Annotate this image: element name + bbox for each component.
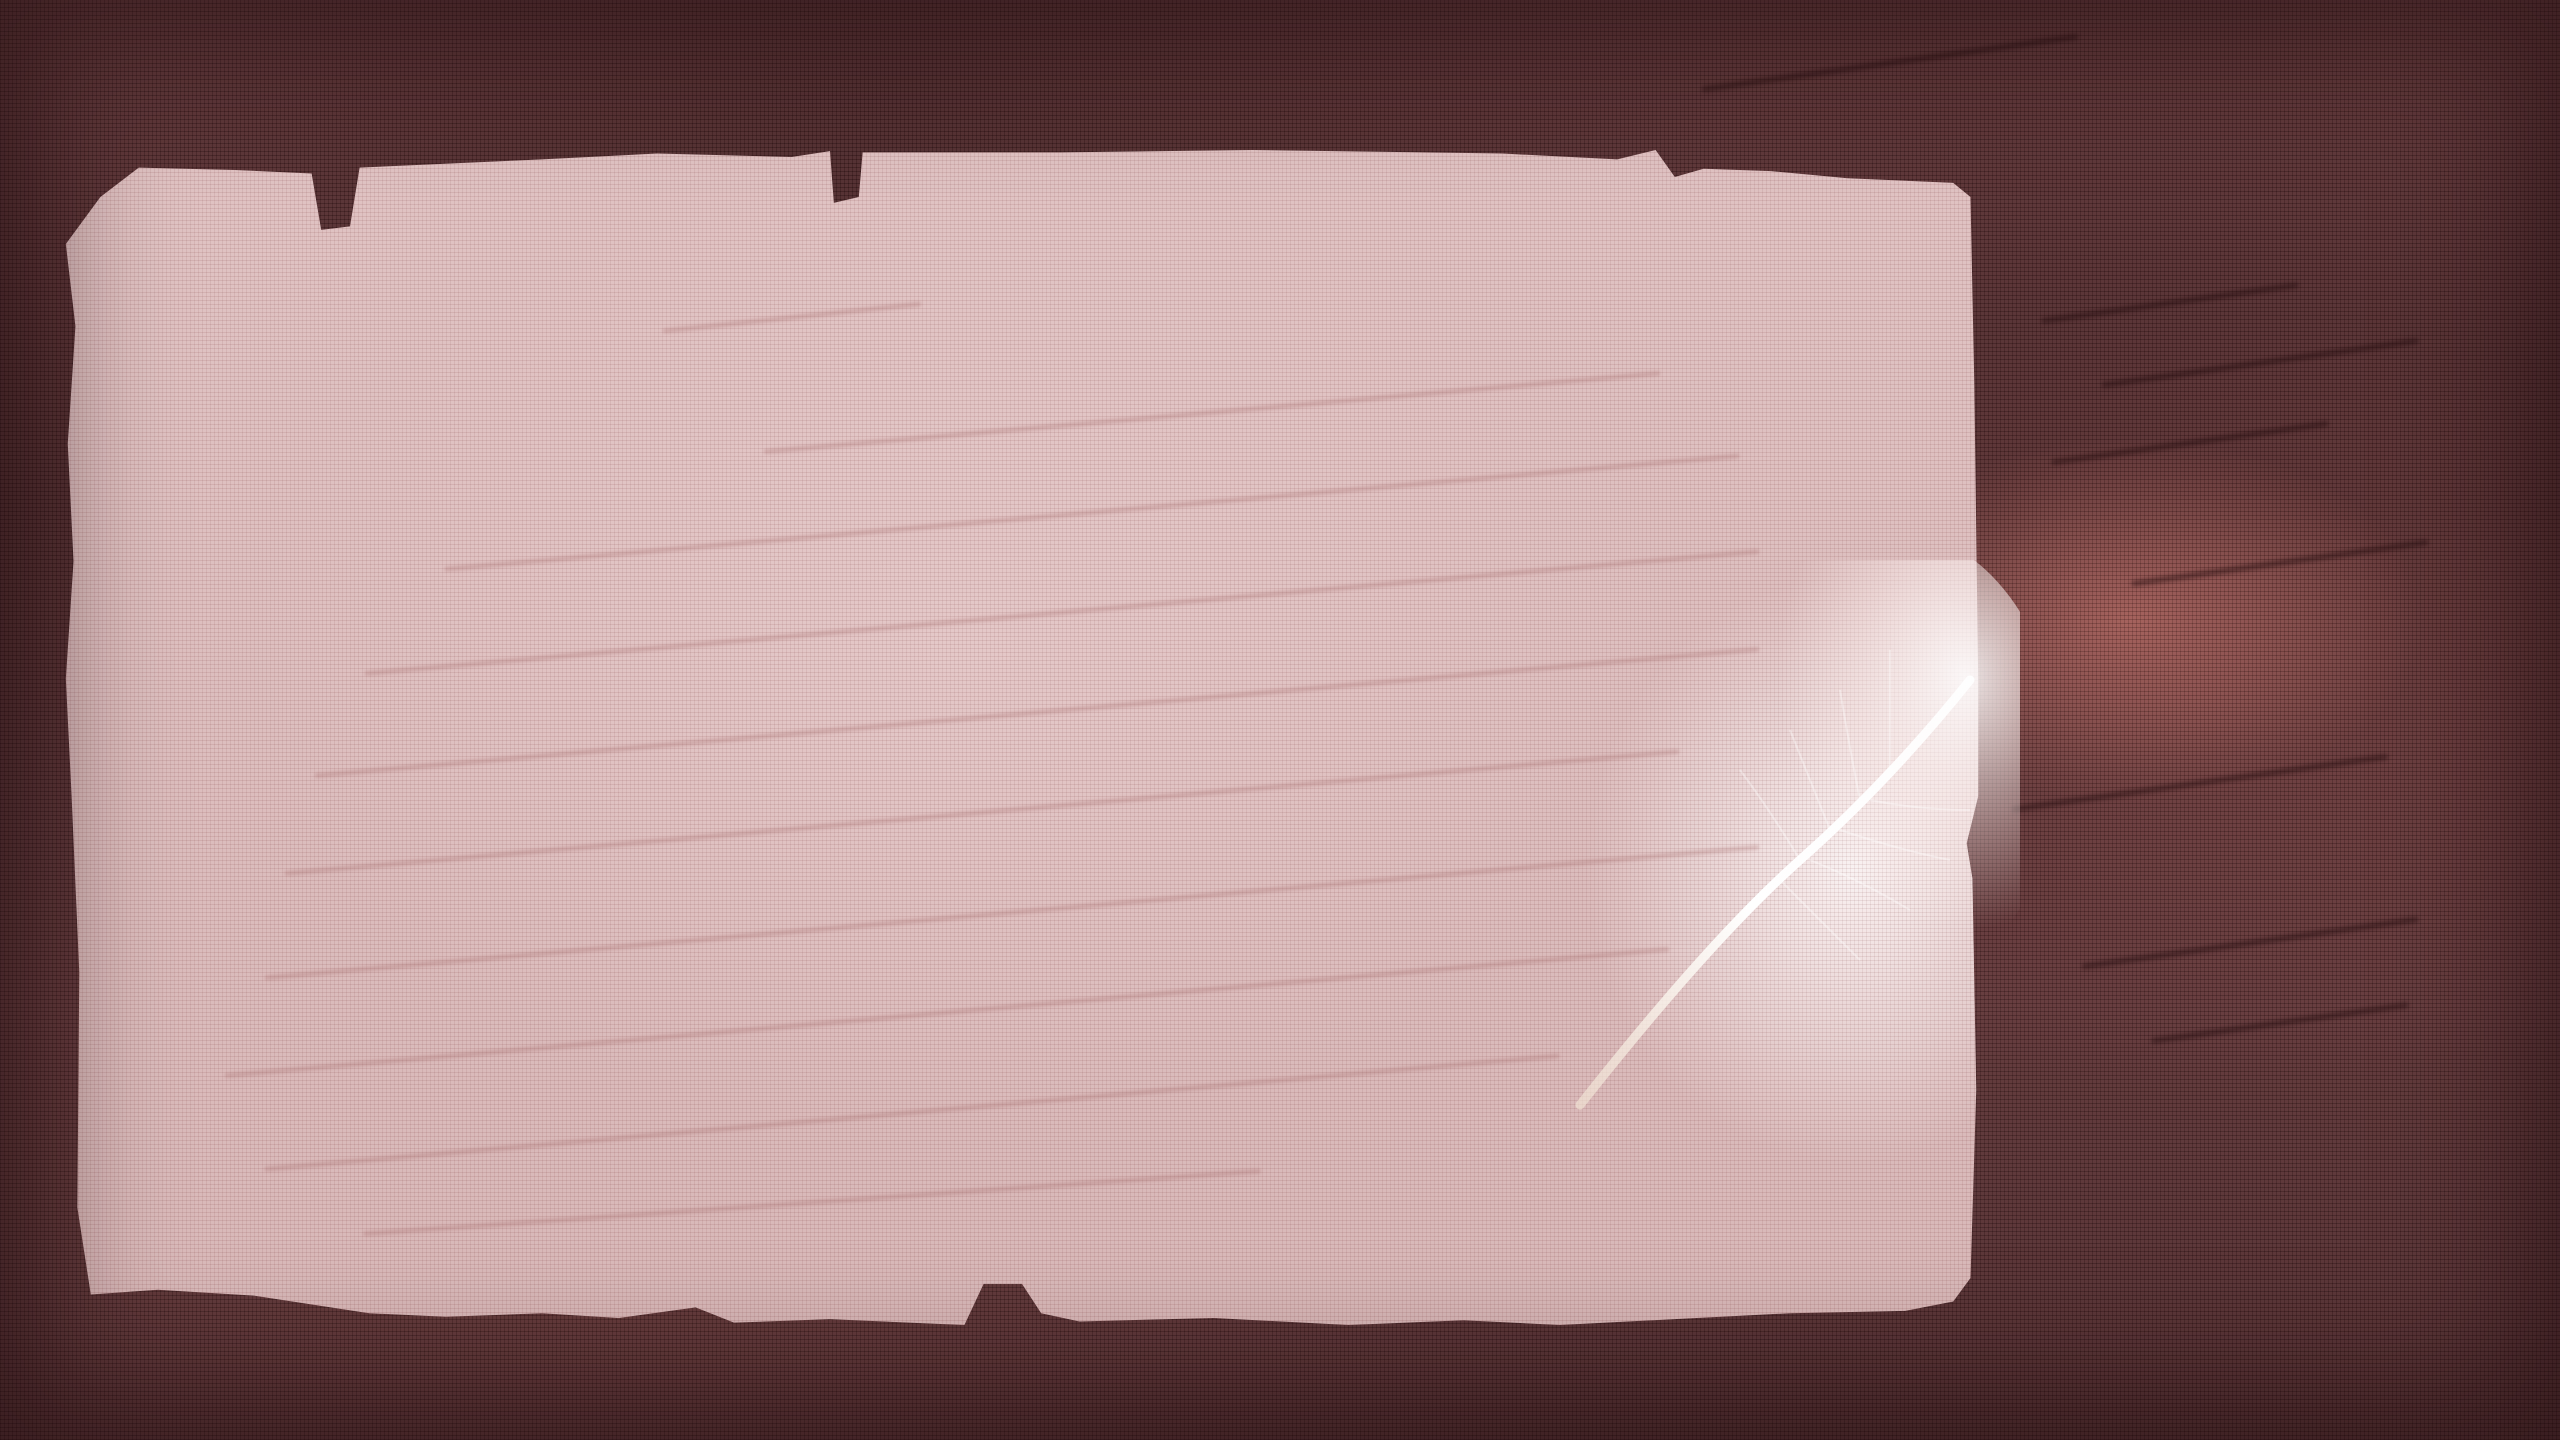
- handwriting-line: [763, 371, 1660, 454]
- background-script-stroke: [2081, 916, 2419, 969]
- handwriting-line: [662, 301, 921, 333]
- background-script-stroke: [2131, 539, 2429, 587]
- background-canvas: [0, 0, 2560, 1440]
- background-script-stroke: [2041, 282, 2299, 324]
- background-script-stroke: [2011, 754, 2388, 813]
- handwriting-line: [284, 749, 1679, 876]
- background-script-stroke: [2051, 421, 2329, 466]
- handwriting-line: [315, 647, 1760, 778]
- handwriting-line: [363, 1169, 1261, 1237]
- background-script-stroke: [2151, 1002, 2409, 1044]
- handwriting-line: [225, 947, 1670, 1078]
- handwriting-line: [444, 453, 1739, 571]
- background-script-stroke: [1701, 34, 2078, 93]
- parchment-sheet: [62, 150, 1982, 1325]
- handwriting-line: [364, 549, 1759, 676]
- background-script-stroke: [2101, 338, 2419, 388]
- parchment-texture: [62, 150, 1982, 1325]
- handwriting-line: [264, 1053, 1559, 1171]
